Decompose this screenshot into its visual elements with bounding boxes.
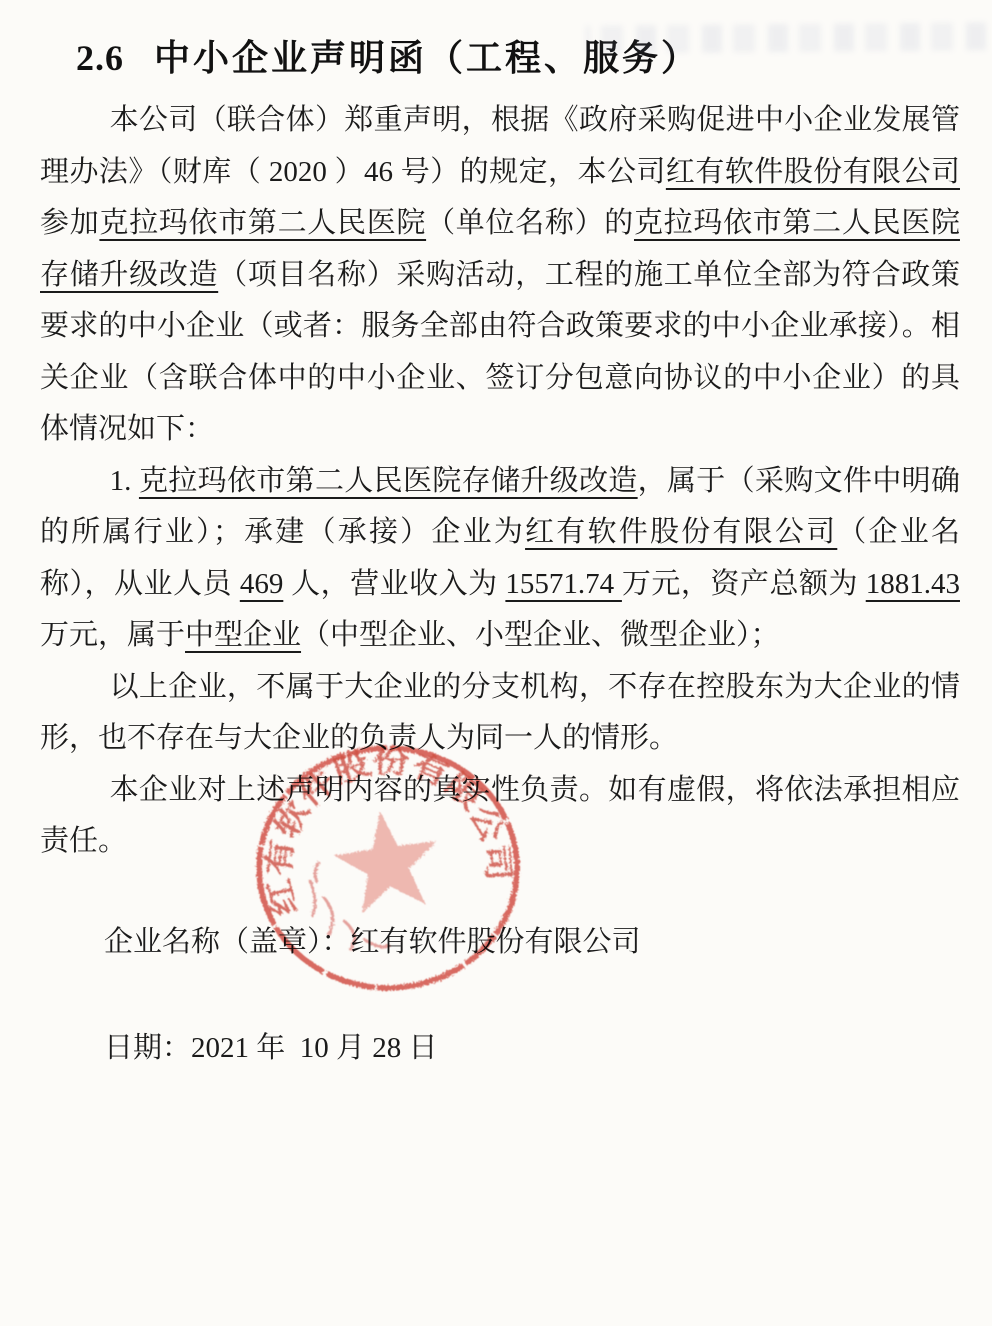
text-run: 以上企业，不属于大企业的分支机构，不存在控股东为大企业的情形，也不存在与大企业的… (40, 671, 960, 755)
underlined-text: 469 (240, 568, 284, 600)
paragraph-independence: 以上企业，不属于大企业的分支机构，不存在控股东为大企业的情形，也不存在与大企业的… (40, 662, 960, 765)
text-run: （单位名称）的 (426, 207, 634, 239)
underlined-text: 克拉玛依市第二人民医院 (99, 207, 426, 239)
paragraph-responsibility: 本企业对上述声明内容的真实性负责。如有虚假，将依法承担相应责任。 (40, 765, 960, 868)
company-signature-line: 企业名称（盖章）：红有软件股份有限公司 (104, 922, 992, 962)
underlined-text: 红有软件股份有限公司 (525, 516, 837, 548)
text-run: 本企业对上述声明内容的真实性负责。如有虚假，将依法承担相应责任。 (40, 774, 960, 858)
underlined-text: 克拉玛依市第二人民医院存储升级改造 (139, 465, 638, 497)
underlined-text: 中型企业 (185, 619, 301, 651)
document-body: 本公司（联合体）郑重声明，根据《政府采购促进中小企业发展管理办法》（财库（ 20… (40, 95, 960, 868)
bleed-through-smudge (586, 22, 986, 53)
text-run: （中型企业、小型企业、微型企业）； (301, 619, 780, 651)
text-run: 人，营业收入为 (283, 568, 505, 600)
underlined-text: 红有软件股份有限公司 (666, 156, 960, 188)
text-run: 参加 (40, 207, 99, 239)
underlined-text: 15571.74 (505, 568, 622, 600)
text-run: 万元，属于 (40, 619, 185, 651)
text-run: 万元，资产总额为 (622, 568, 866, 600)
paragraph-declaration: 本公司（联合体）郑重声明，根据《政府采购促进中小企业发展管理办法》（财库（ 20… (40, 95, 960, 456)
document-page: 2.6中小企业声明函（工程、服务） 本公司（联合体）郑重声明，根据《政府采购促进… (0, 0, 992, 1326)
text-run: 1. (110, 465, 139, 497)
date-line: 日期：2021 年 10 月 28 日 (104, 1028, 992, 1068)
paragraph-enterprise-details: 1. 克拉玛依市第二人民医院存储升级改造，属于（采购文件中明确的所属行业）；承建… (40, 456, 960, 662)
section-number: 2.6 (76, 38, 124, 78)
underlined-text: 1881.43 (866, 568, 960, 600)
